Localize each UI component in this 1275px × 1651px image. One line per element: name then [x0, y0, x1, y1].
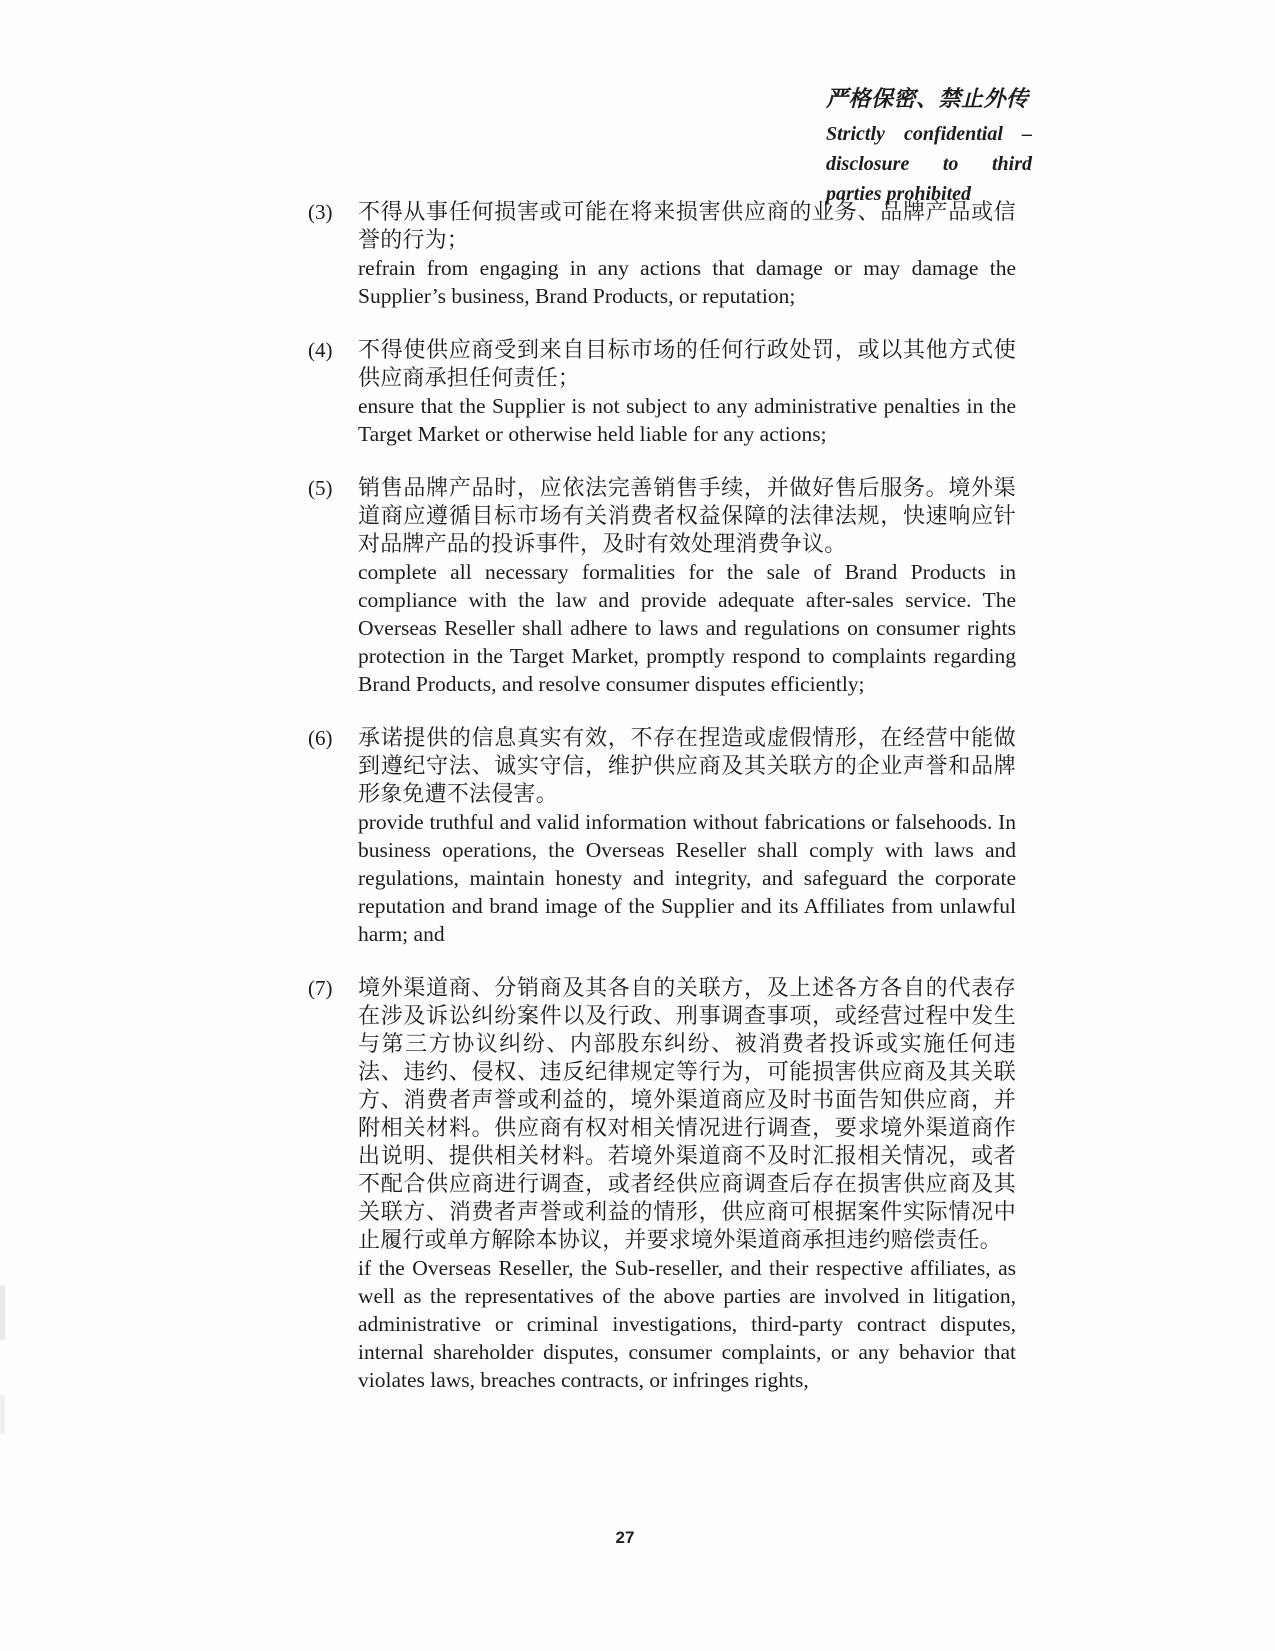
clause-text-english: ensure that the Supplier is not subject … — [358, 392, 1016, 448]
scan-edge-artifact — [0, 1285, 5, 1340]
clause-item-3: (3) 不得从事任何损害或可能在将来损害供应商的业务、品牌产品或信誉的行为； r… — [308, 198, 1016, 310]
clause-text-chinese: 不得使供应商受到来自目标市场的任何行政处罚，或以其他方式使供应商承担任何责任； — [358, 336, 1016, 392]
page-footer: 27 — [0, 1528, 1250, 1548]
confidentiality-label-cn: 严格保密、禁止外传 — [826, 82, 1032, 113]
clause-number: (3) — [308, 198, 358, 310]
clause-body: 不得从事任何损害或可能在将来损害供应商的业务、品牌产品或信誉的行为； refra… — [358, 198, 1016, 310]
clause-text-english: provide truthful and valid information w… — [358, 808, 1016, 948]
clause-number: (4) — [308, 336, 358, 448]
clause-body: 境外渠道商、分销商及其各自的关联方，及上述各方各自的代表存在涉及诉讼纠纷案件以及… — [358, 974, 1016, 1394]
clause-text-chinese: 境外渠道商、分销商及其各自的关联方，及上述各方各自的代表存在涉及诉讼纠纷案件以及… — [358, 974, 1016, 1254]
clause-item-5: (5) 销售品牌产品时，应依法完善销售手续，并做好售后服务。境外渠道商应遵循目标… — [308, 474, 1016, 698]
clause-number: (6) — [308, 724, 358, 948]
clause-text-english: if the Overseas Reseller, the Sub-resell… — [358, 1254, 1016, 1394]
confidentiality-label-en-line1: Strictly confidential – — [826, 119, 1032, 149]
clause-list: (3) 不得从事任何损害或可能在将来损害供应商的业务、品牌产品或信誉的行为； r… — [308, 198, 1016, 1420]
clause-text-chinese: 不得从事任何损害或可能在将来损害供应商的业务、品牌产品或信誉的行为； — [358, 198, 1016, 254]
clause-number: (7) — [308, 974, 358, 1394]
scan-edge-artifact — [0, 1395, 5, 1435]
page-number: 27 — [616, 1528, 635, 1547]
clause-item-4: (4) 不得使供应商受到来自目标市场的任何行政处罚，或以其他方式使供应商承担任何… — [308, 336, 1016, 448]
clause-body: 不得使供应商受到来自目标市场的任何行政处罚，或以其他方式使供应商承担任何责任； … — [358, 336, 1016, 448]
clause-item-7: (7) 境外渠道商、分销商及其各自的关联方，及上述各方各自的代表存在涉及诉讼纠纷… — [308, 974, 1016, 1394]
clause-text-english: refrain from engaging in any actions tha… — [358, 254, 1016, 310]
clause-text-chinese: 销售品牌产品时，应依法完善销售手续，并做好售后服务。境外渠道商应遵循目标市场有关… — [358, 474, 1016, 558]
clause-number: (5) — [308, 474, 358, 698]
clause-text-chinese: 承诺提供的信息真实有效，不存在捏造或虚假情形，在经营中能做到遵纪守法、诚实守信，… — [358, 724, 1016, 808]
clause-text-english: complete all necessary formalities for t… — [358, 558, 1016, 698]
clause-body: 承诺提供的信息真实有效，不存在捏造或虚假情形，在经营中能做到遵纪守法、诚实守信，… — [358, 724, 1016, 948]
clause-body: 销售品牌产品时，应依法完善销售手续，并做好售后服务。境外渠道商应遵循目标市场有关… — [358, 474, 1016, 698]
clause-item-6: (6) 承诺提供的信息真实有效，不存在捏造或虚假情形，在经营中能做到遵纪守法、诚… — [308, 724, 1016, 948]
document-page: 严格保密、禁止外传 Strictly confidential – disclo… — [0, 0, 1275, 1651]
confidentiality-header: 严格保密、禁止外传 Strictly confidential – disclo… — [826, 82, 1032, 209]
confidentiality-label-en-line2: disclosure to third — [826, 149, 1032, 179]
